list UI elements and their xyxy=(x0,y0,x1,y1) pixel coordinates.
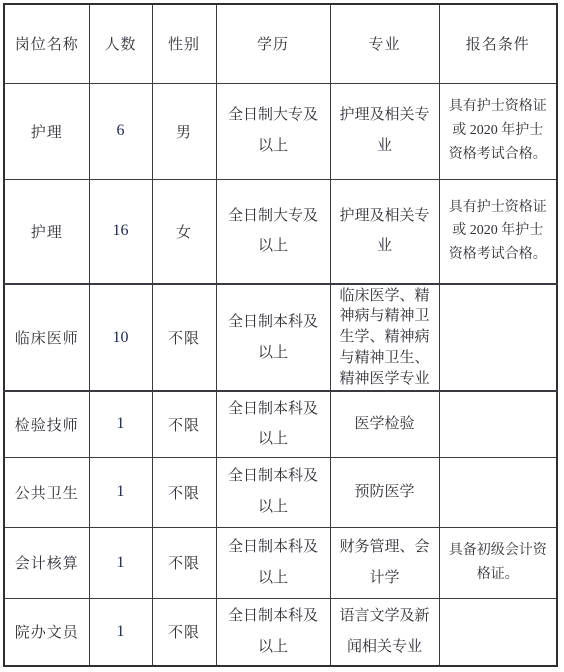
cell-position: 临床医师 xyxy=(4,284,89,391)
cell-position: 公共卫生 xyxy=(4,457,89,527)
table-row: 院办文员 1 不限 全日制本科及 以上 语言文学及新 闻相关专业 xyxy=(4,598,557,666)
cell-major: 医学检验 xyxy=(330,391,439,457)
cell-major: 语言文学及新 闻相关专业 xyxy=(330,598,439,666)
cell-requirements xyxy=(439,457,557,527)
cell-headcount: 1 xyxy=(89,598,152,666)
cell-requirements xyxy=(439,284,557,391)
table-row: 检验技师 1 不限 全日制本科及 以上 医学检验 xyxy=(4,391,557,457)
cell-gender: 男 xyxy=(152,83,216,179)
cell-requirements xyxy=(439,391,557,457)
table-row: 会计核算 1 不限 全日制本科及 以上 财务管理、会 计学 具备初级会计资 格证… xyxy=(4,527,557,598)
cell-headcount: 1 xyxy=(89,457,152,527)
col-header-major: 专业 xyxy=(330,4,439,83)
table-row: 公共卫生 1 不限 全日制本科及 以上 预防医学 xyxy=(4,457,557,527)
cell-major: 护理及相关专 业 xyxy=(330,179,439,284)
cell-requirements: 具有护士资格证 或 2020 年护士 资格考试合格。 xyxy=(439,83,557,179)
table-row: 护理 6 男 全日制大专及 以上 护理及相关专 业 具有护士资格证 或 2020… xyxy=(4,83,557,179)
cell-position: 护理 xyxy=(4,179,89,284)
col-header-gender: 性别 xyxy=(152,4,216,83)
cell-position: 院办文员 xyxy=(4,598,89,666)
cell-education: 全日制本科及 以上 xyxy=(216,391,330,457)
cell-gender: 不限 xyxy=(152,598,216,666)
cell-education: 全日制大专及 以上 xyxy=(216,83,330,179)
cell-education: 全日制本科及 以上 xyxy=(216,284,330,391)
cell-gender: 女 xyxy=(152,179,216,284)
col-header-position: 岗位名称 xyxy=(4,4,89,83)
cell-gender: 不限 xyxy=(152,391,216,457)
cell-requirements xyxy=(439,598,557,666)
cell-major: 财务管理、会 计学 xyxy=(330,527,439,598)
cell-gender: 不限 xyxy=(152,527,216,598)
cell-major: 临床医学、精 神病与精神卫 生学、精神病 与精神卫生、 精神医学专业 xyxy=(330,284,439,391)
recruitment-positions-table: 岗位名称 人数 性别 学历 专业 报名条件 护理 6 男 全日制大专及 以上 护… xyxy=(3,3,558,667)
cell-education: 全日制本科及 以上 xyxy=(216,457,330,527)
table-row: 护理 16 女 全日制大专及 以上 护理及相关专 业 具有护士资格证 或 202… xyxy=(4,179,557,284)
cell-headcount: 6 xyxy=(89,83,152,179)
cell-education: 全日制本科及 以上 xyxy=(216,598,330,666)
cell-position: 护理 xyxy=(4,83,89,179)
col-header-education: 学历 xyxy=(216,4,330,83)
col-header-headcount: 人数 xyxy=(89,4,152,83)
cell-headcount: 1 xyxy=(89,527,152,598)
document-page: 岗位名称 人数 性别 学历 专业 报名条件 护理 6 男 全日制大专及 以上 护… xyxy=(0,0,564,672)
cell-headcount: 16 xyxy=(89,179,152,284)
cell-headcount: 10 xyxy=(89,284,152,391)
cell-position: 会计核算 xyxy=(4,527,89,598)
cell-position: 检验技师 xyxy=(4,391,89,457)
cell-education: 全日制大专及 以上 xyxy=(216,179,330,284)
cell-requirements: 具备初级会计资 格证。 xyxy=(439,527,557,598)
col-header-requirements: 报名条件 xyxy=(439,4,557,83)
table-row: 临床医师 10 不限 全日制本科及 以上 临床医学、精 神病与精神卫 生学、精神… xyxy=(4,284,557,391)
cell-requirements: 具有护士资格证 或 2020 年护士 资格考试合格。 xyxy=(439,179,557,284)
cell-gender: 不限 xyxy=(152,457,216,527)
cell-major: 护理及相关专 业 xyxy=(330,83,439,179)
cell-major: 预防医学 xyxy=(330,457,439,527)
cell-gender: 不限 xyxy=(152,284,216,391)
header-row: 岗位名称 人数 性别 学历 专业 报名条件 xyxy=(4,4,557,83)
cell-headcount: 1 xyxy=(89,391,152,457)
cell-education: 全日制本科及 以上 xyxy=(216,527,330,598)
